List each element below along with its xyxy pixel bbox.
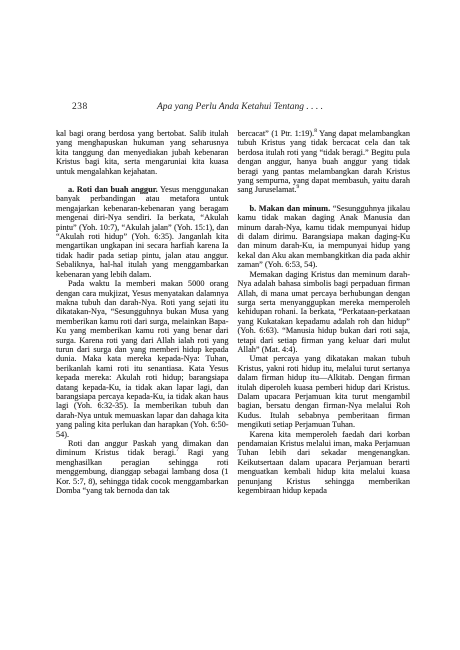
paragraph: a. Roti dan buah anggur. Yesus menggunak… <box>56 185 229 279</box>
paragraph: Memakan daging Kristus dan meminum darah… <box>238 270 411 355</box>
text-segment: kal bagi orang berdosa yang bertobat. Sa… <box>56 129 229 176</box>
paragraph: Karena kita memperoleh faedah dari korba… <box>238 430 411 496</box>
text-segment: Karena kita memperoleh faedah dari korba… <box>238 430 411 495</box>
two-column-text-block: kal bagi orang berdosa yang bertobat. Sa… <box>56 129 410 495</box>
text-segment: Yang dapat melambangkan tubuh Kristus ya… <box>238 129 411 194</box>
running-title: Apa yang Perlu Anda Ketahui Tentang . . … <box>56 101 410 114</box>
paragraph: Roti dan anggur Paskah yang dimakan dan … <box>56 439 229 495</box>
paragraph: b. Makan dan minum. “Sesungguhnya jikala… <box>238 204 411 270</box>
text-segment: Pada waktu Ia memberi makan 5000 orang d… <box>56 279 229 439</box>
page-number: 238 <box>72 101 88 114</box>
text-segment: Memakan daging Kristus dan meminum darah… <box>238 270 411 354</box>
running-head: 238 Apa yang Perlu Anda Ketahui Tentang … <box>56 101 410 114</box>
subheading: a. Roti dan buah anggur. <box>68 185 158 194</box>
paragraph: kal bagi orang berdosa yang bertobat. Sa… <box>56 129 229 176</box>
subheading: b. Makan dan minum. <box>250 204 331 213</box>
text-column-right: bercacat” (1 Ptr. 1:19).8 Yang dapat mel… <box>238 129 411 495</box>
paragraph: bercacat” (1 Ptr. 1:19).8 Yang dapat mel… <box>238 129 411 195</box>
text-segment: bercacat” (1 Ptr. 1:19). <box>238 129 315 138</box>
text-segment: Umat percaya yang dikatakan makan tubuh … <box>238 354 411 429</box>
text-segment: Yesus menggunakan banyak perbandingan at… <box>56 185 229 279</box>
text-column-left: kal bagi orang berdosa yang bertobat. Sa… <box>56 129 229 495</box>
footnote-marker: 9 <box>297 185 300 191</box>
page-content: 238 Apa yang Perlu Anda Ketahui Tentang … <box>56 101 410 495</box>
paragraph: Pada waktu Ia memberi makan 5000 orang d… <box>56 279 229 439</box>
book-page: 238 Apa yang Perlu Anda Ketahui Tentang … <box>0 0 460 650</box>
text-segment: “Sesungguhnya jikalau kamu tidak makan d… <box>238 204 411 269</box>
paragraph: Umat percaya yang dikatakan makan tubuh … <box>238 354 411 429</box>
